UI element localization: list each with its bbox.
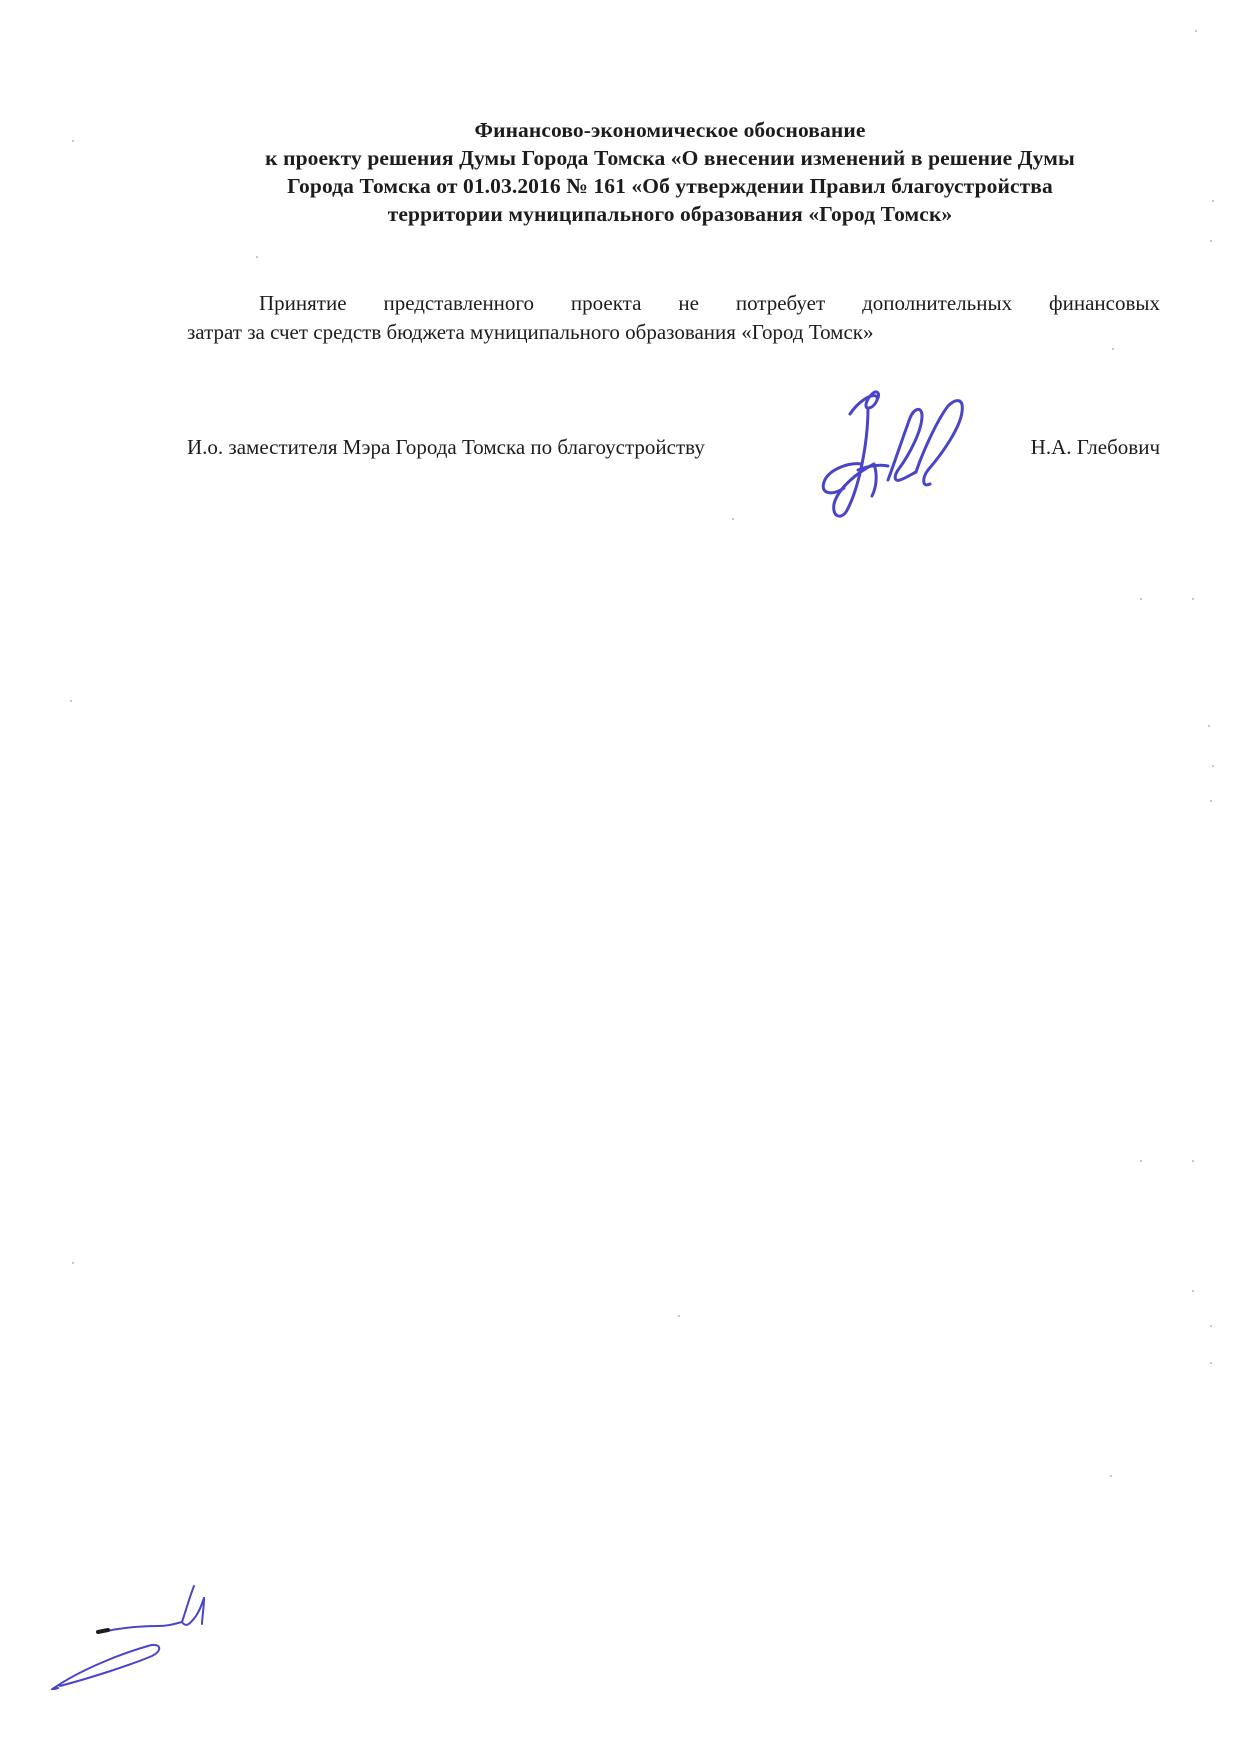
scan-speck [1210, 1325, 1212, 1327]
scan-speck [1192, 1160, 1194, 1162]
scan-speck [256, 256, 258, 258]
scan-speck [1212, 765, 1214, 767]
scan-speck [1192, 598, 1194, 600]
scan-speck [72, 1262, 74, 1264]
document-page: Финансово-экономическое обоснование к пр… [0, 0, 1240, 1753]
scan-speck [678, 1315, 680, 1317]
scan-speck [1192, 1290, 1194, 1292]
scan-speck [1210, 800, 1212, 802]
body-line-2: затрат за счет средств бюджета муниципал… [187, 318, 1160, 347]
scan-speck [1208, 725, 1210, 727]
signer-position: И.о. заместителя Мэра Города Томска по б… [187, 433, 705, 462]
scan-speck [1140, 598, 1142, 600]
body-paragraph: Принятие представленного проекта не потр… [187, 289, 1160, 347]
title-line-1: Финансово-экономическое обоснование [170, 116, 1170, 144]
title-line-2: к проекту решения Думы Города Томска «О … [170, 144, 1170, 172]
document-title: Финансово-экономическое обоснование к пр… [170, 116, 1170, 228]
scan-speck [72, 140, 74, 142]
scan-speck [70, 700, 72, 702]
scan-speck [1212, 200, 1214, 202]
scan-speck [1210, 240, 1212, 242]
scan-speck [1140, 1160, 1142, 1162]
handwritten-initials-icon [40, 1580, 230, 1690]
scan-speck [1210, 1362, 1212, 1364]
scan-speck [732, 518, 734, 520]
title-line-3: Города Томска от 01.03.2016 № 161 «Об ут… [170, 172, 1170, 200]
handwritten-signature-icon [818, 384, 978, 534]
title-line-4: территории муниципального образования «Г… [170, 200, 1170, 228]
scan-speck [1110, 1475, 1112, 1477]
signer-name: Н.А. Глебович [1031, 433, 1160, 462]
scan-speck [1195, 30, 1197, 32]
scan-speck [1112, 348, 1114, 350]
body-line-1: Принятие представленного проекта не потр… [187, 289, 1160, 318]
